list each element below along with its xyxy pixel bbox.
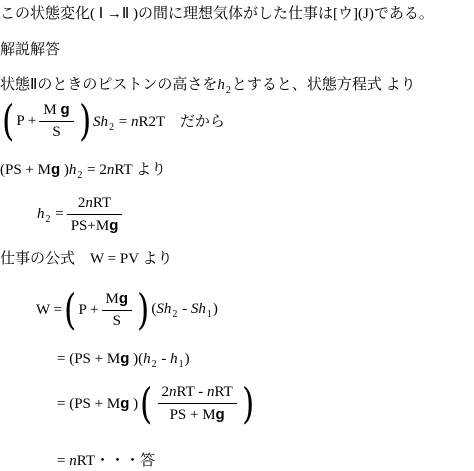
equation-text: (PS + Mg )h2 = 2nRT より: [0, 158, 166, 181]
equation-text: (Sh2 - Sh1): [151, 301, 218, 320]
fraction: 2nRT PS+Mg: [67, 195, 123, 235]
fraction-denominator: PS+Mg: [67, 214, 123, 235]
work-equation-step3: = (PS + Mg ) ( 2nRT - nRT PS + Mg ): [57, 378, 256, 430]
fraction-numerator: 2nRT: [67, 195, 123, 214]
equation-text: W =: [36, 302, 62, 319]
fraction: M g S: [39, 101, 73, 141]
big-left-paren: (: [64, 287, 76, 333]
fraction-denominator: S: [39, 121, 73, 141]
answer-equation: = nRT・・・答: [57, 448, 155, 470]
equation-text: P +: [16, 113, 36, 130]
fraction: 2nRT - nRT PS + Mg: [158, 384, 237, 424]
equation-text: = (PS + Mg )(h2 - h1): [57, 350, 190, 370]
equation-text: = (PS + Mg ): [57, 395, 138, 413]
solution-document: この状態変化( Ⅰ →Ⅱ )の間に理想気体がした仕事は[ウ](J)である。 解説…: [0, 0, 474, 471]
fraction-denominator: S: [102, 310, 133, 330]
equation-text: h2 =: [37, 206, 64, 225]
fraction-denominator: PS + Mg: [158, 403, 237, 424]
solution-heading: 解説解答: [0, 38, 60, 59]
big-right-paren: ): [242, 381, 254, 427]
problem-line: この状態変化( Ⅰ →Ⅱ )の間に理想気体がした仕事は[ウ](J)である。: [0, 2, 434, 23]
setup-line: 状態Ⅱのときのピストンの高さをh2とすると、状態方程式 より: [0, 73, 416, 96]
expanded-equation: (PS + Mg )h2 = 2nRT より: [0, 158, 166, 180]
big-left-paren: (: [140, 381, 152, 427]
equation-text: Sh2 = nR2T だから: [93, 110, 225, 133]
equation-text: P +: [79, 302, 99, 319]
fraction-numerator: Mg: [102, 290, 133, 310]
work-equation-step2: = (PS + Mg )(h2 - h1): [57, 349, 190, 371]
fraction-numerator: M g: [39, 101, 73, 121]
equation-text: = nRT・・・答: [57, 449, 155, 470]
fraction-numerator: 2nRT - nRT: [158, 384, 237, 403]
fraction: Mg S: [102, 290, 133, 330]
h2-result-equation: h2 = 2nRT PS+Mg: [37, 192, 125, 238]
work-formula-line: 仕事の公式 W = PV より: [0, 247, 173, 268]
big-left-paren: (: [2, 98, 14, 144]
work-equation-step1: W = ( P + Mg S ) (Sh2 - Sh1): [36, 284, 218, 336]
state-equation: ( P + M g S ) Sh2 = nR2T だから: [0, 95, 225, 147]
big-right-paren: ): [79, 98, 91, 144]
big-right-paren: ): [137, 287, 149, 333]
